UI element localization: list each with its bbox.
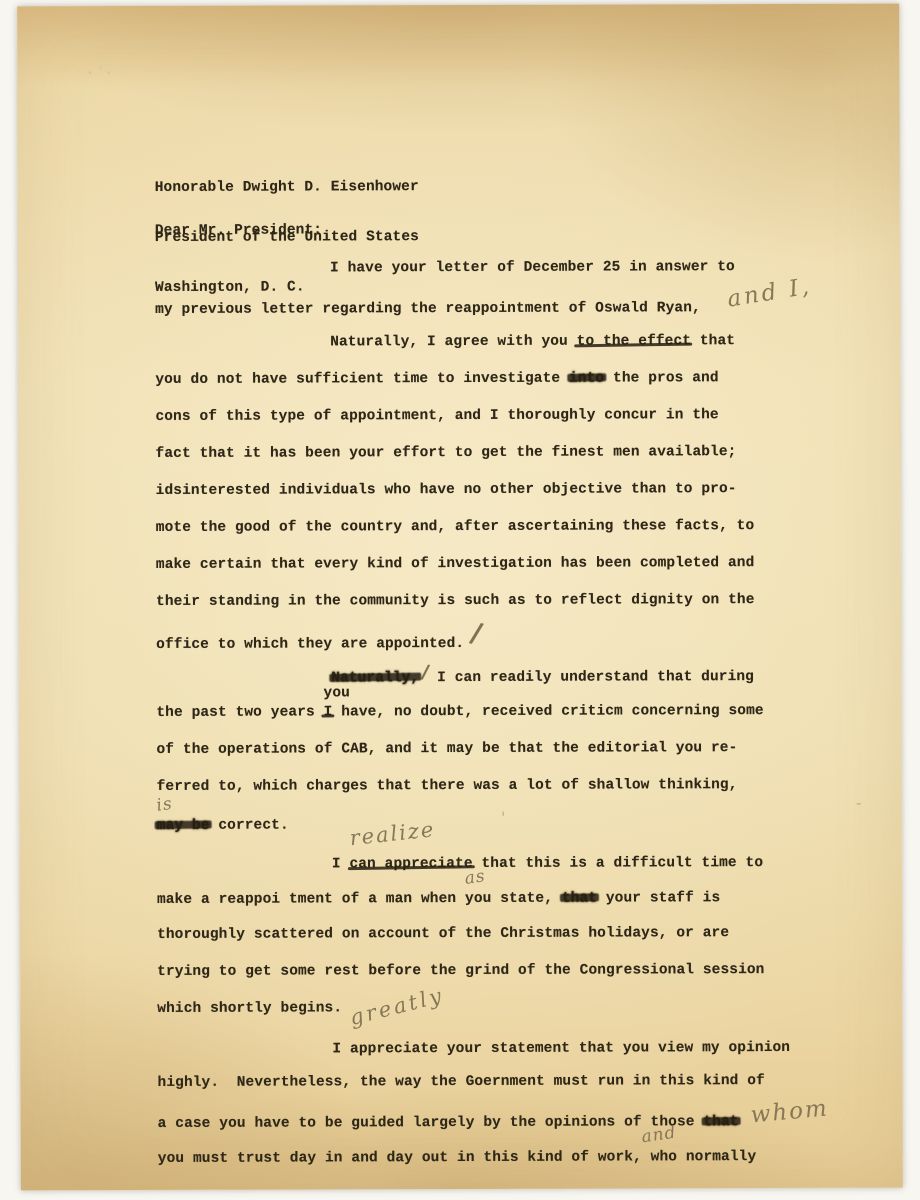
paragraph: I have your letter of December 25 in ans… <box>155 249 815 325</box>
typed-text: idsinterested individuals who have no ot… <box>156 481 737 499</box>
typed-text: ferred to, which charges that there was … <box>157 777 738 795</box>
typed-text: cons of this type of appointment, and I … <box>155 407 718 425</box>
typed-text: mote the good of the country and, after … <box>156 518 755 536</box>
pencil-note: whom <box>749 1091 830 1135</box>
line: I realizecan appreciate that this is a d… <box>157 841 817 880</box>
typed-text: the pros and <box>604 370 718 386</box>
line: I greatlyappreciate your statement that … <box>157 1026 817 1065</box>
typed-text: appreciate your statement that you view … <box>350 1040 790 1057</box>
struck-text: to the effect <box>577 323 692 360</box>
line: mote the good of the country and, after … <box>156 508 816 547</box>
line: you must trust day in and day out in thi… <box>158 1137 818 1176</box>
typed-text: you do not have sufficient time to inves… <box>155 371 569 388</box>
line: trying to get some rest before the grind… <box>157 952 817 991</box>
line: which shortly begins. <box>157 989 817 1028</box>
typed-text: you must trust day in and day out in thi… <box>158 1149 642 1167</box>
struck-text: may be <box>157 808 210 845</box>
line: idsinterested individuals who have no ot… <box>156 471 816 510</box>
line: thoroughly scattered on account of the C… <box>157 915 817 954</box>
line: their standing in the community is such … <box>156 582 816 621</box>
line: cons of this type of appointment, and I … <box>155 397 815 436</box>
typed-text: make certain that every kind of investig… <box>156 555 755 573</box>
line: make certain that every kind of investig… <box>156 545 816 584</box>
typed-text: correct. <box>210 818 289 834</box>
line: fact that it has been your effort to get… <box>155 434 815 473</box>
typed-text: that <box>691 333 735 349</box>
recipient-line: Honorable Dwight D. Eisenhower <box>155 178 419 197</box>
typed-text: I have your letter of December 25 in ans… <box>330 259 735 276</box>
typed-text: my previous letter regarding the reappoi… <box>155 300 701 318</box>
line: you do not have sufficient time to inves… <box>155 360 815 399</box>
line: ismay be correct. <box>157 804 817 843</box>
paragraph: Naturally,/ I can readily understand tha… <box>156 656 817 843</box>
paragraph: I realizecan appreciate that this is a d… <box>157 841 818 1028</box>
typed-text: that this is a difficult time to <box>473 855 764 872</box>
typed-text: I can readily understand that during <box>428 669 754 686</box>
typed-text: I <box>332 856 350 872</box>
line: make a reappoi tment of a man when asyou… <box>157 878 817 917</box>
paragraph: Naturally, I agree with you to the effec… <box>155 323 816 658</box>
typed-text: thoroughly scattered on account of the C… <box>157 925 729 943</box>
typed-text: trying to get some rest before the grind… <box>157 962 764 980</box>
typed-text: of the operations of CAB, and it may be … <box>156 740 737 758</box>
line: office to which they are appointed./ <box>156 619 816 658</box>
line: highly. Nevertheless, the way the Goernm… <box>157 1063 817 1102</box>
typed-text: which shortly begins. <box>157 1000 342 1017</box>
struck-text: that <box>703 1104 738 1141</box>
line: of the operations of CAB, and it may be … <box>156 730 816 769</box>
typed-text: fact that it has been your effort to get… <box>156 444 737 462</box>
struck-text: I <box>324 694 333 731</box>
letter-paper: Honorable Dwight D. Eisenhower President… <box>17 4 903 1191</box>
salutation: Dear Mr. President: <box>155 222 322 239</box>
line: Naturally,/ I can readily understand tha… <box>156 656 816 695</box>
typed-text: make a reappoi tment of a man when <box>157 891 465 908</box>
typed-text: a case you have to be guided largely by … <box>158 1114 704 1132</box>
line: a case you have to be guided largely by … <box>158 1100 818 1139</box>
stray-pencil-mark: ' <box>501 808 505 827</box>
line: ferred to, which charges that there was … <box>157 767 817 806</box>
typed-text: the past two years <box>156 704 323 721</box>
struck-text: that <box>562 881 597 918</box>
stray-pencil-mark: ·˙· <box>88 66 115 81</box>
paragraph: I greatlyappreciate your statement that … <box>157 1026 817 1176</box>
typed-text: have, no doubt, received criticm concern… <box>332 703 763 720</box>
typed-text: office to which they are appointed. <box>156 636 464 653</box>
stray-pencil-mark: - <box>856 793 861 812</box>
typed-text: Naturally, I agree with you <box>330 334 577 351</box>
line: Naturally, I agree with you to the effec… <box>155 323 815 362</box>
line: the past two years youI have, no doubt, … <box>156 693 816 732</box>
typed-text: highly. Nevertheless, the way the Goernm… <box>158 1073 765 1091</box>
typed-text: I <box>332 1041 350 1057</box>
struck-text: can appreciate <box>349 846 472 883</box>
typed-text: your staff is <box>597 890 720 906</box>
struck-text: into <box>569 361 604 398</box>
line: my previous letter regarding the reappoi… <box>155 286 815 325</box>
typed-text: you state, <box>465 891 562 907</box>
page-background: { "paper": { "base_color": "#edd9a8", "i… <box>0 0 920 1200</box>
letter-body: I have your letter of December 25 in ans… <box>155 249 818 1176</box>
typed-text: who normally <box>642 1149 756 1165</box>
pencil-mark: / <box>467 614 486 652</box>
line: I have your letter of December 25 in ans… <box>155 249 815 288</box>
typed-text: their standing in the community is such … <box>156 592 755 610</box>
